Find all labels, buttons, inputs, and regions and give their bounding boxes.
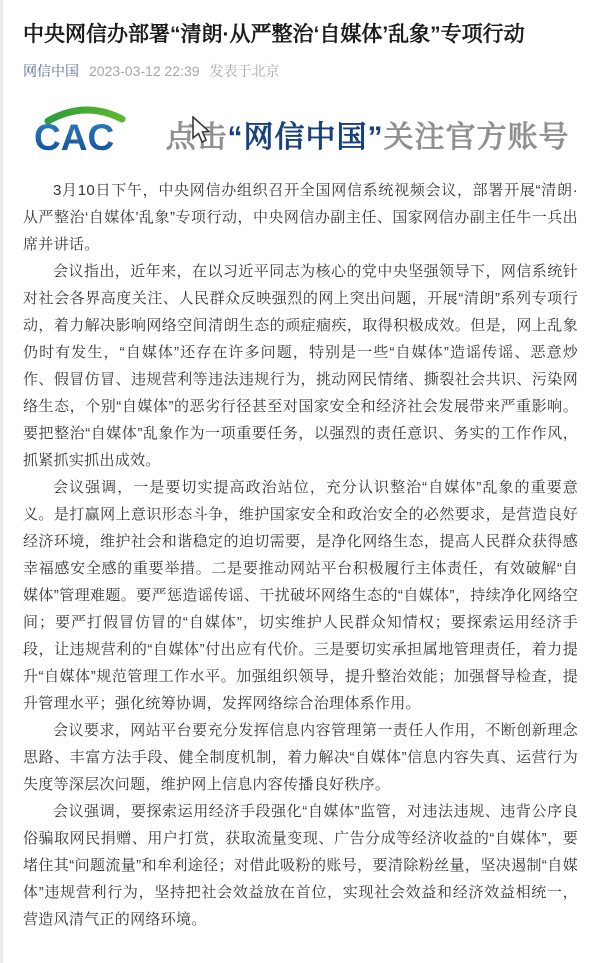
follow-banner[interactable]: CAC 点击“网信中国”关注官方账号 (23, 106, 578, 161)
paragraph-1: 3月10日下午，中央网信办组织召开全国网信系统视频会议，部署开展“清朗·从严整治… (23, 177, 578, 258)
article-body: 3月10日下午，中央网信办组织召开全国网信系统视频会议，部署开展“清朗·从严整治… (23, 177, 578, 933)
banner-account-text: “网信中国” (228, 121, 384, 154)
banner-click-text: 点击 (166, 121, 228, 154)
logo-text: CAC (34, 117, 114, 156)
cac-logo-graphic: CAC (32, 106, 140, 156)
paragraph-3: 会议强调，一是要切实提高政治站位，充分认识整治“自媒体”乱象的重要意义。是打赢网… (23, 474, 578, 717)
account-link[interactable]: 网信中国 (23, 63, 79, 79)
article-page: 中央网信办部署“清朗·从严整治‘自媒体’乱象”专项行动 网信中国2023-03-… (3, 0, 600, 963)
banner-text: 点击“网信中国”关注官方账号 (166, 112, 570, 156)
cac-logo: CAC (32, 106, 140, 161)
paragraph-5: 会议强调，要探索运用经济手段强化“自媒体”监管，对违法违规、违背公序良俗骗取网民… (23, 798, 578, 933)
publish-location: 发表于北京 (210, 63, 280, 79)
article-title: 中央网信办部署“清朗·从严整治‘自媒体’乱象”专项行动 (23, 20, 578, 50)
publish-time: 2023-03-12 22:39 (89, 63, 200, 79)
paragraph-2: 会议指出，近年来，在以习近平同志为核心的党中央坚强领导下，网信系统针对社会各界高… (23, 258, 578, 474)
banner-follow-text: 关注官方账号 (384, 121, 570, 154)
paragraph-4: 会议要求，网站平台要充分发挥信息内容管理第一责任人作用，不断创新理念思路、丰富方… (23, 717, 578, 798)
article-meta: 网信中国2023-03-12 22:39发表于北京 (23, 63, 578, 80)
